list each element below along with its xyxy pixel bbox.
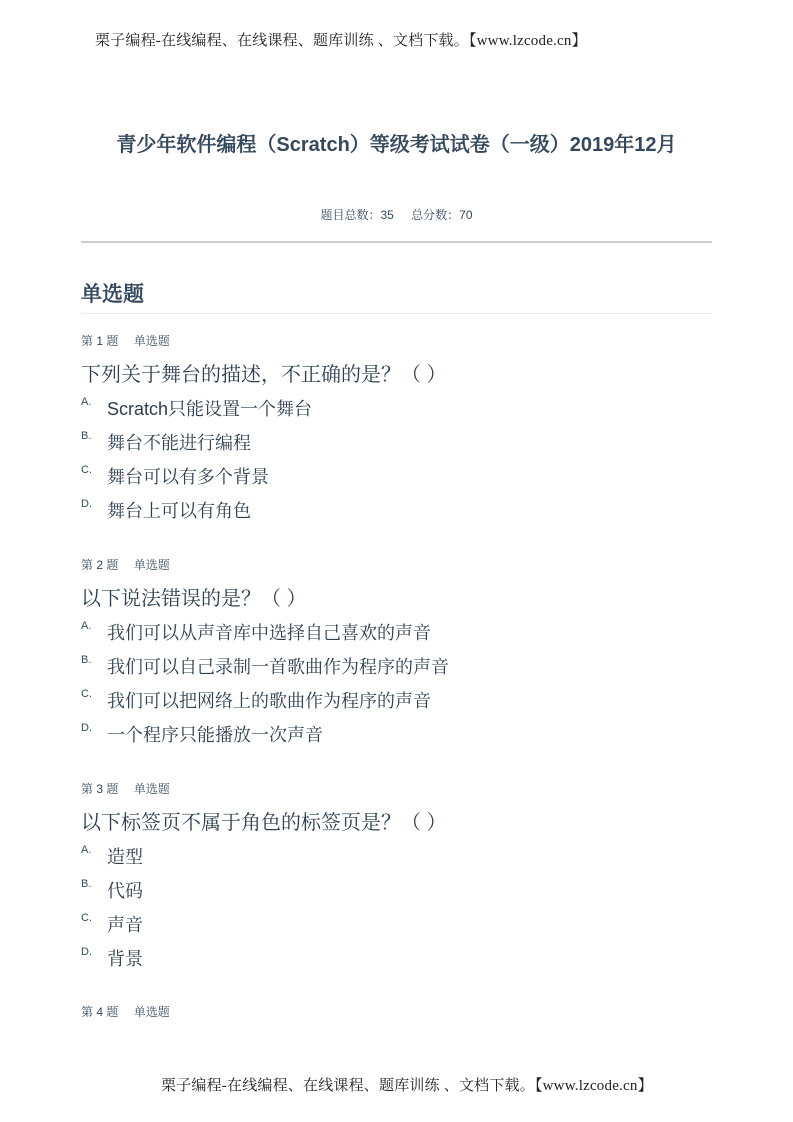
option-text: 舞台可以有多个背景: [107, 467, 269, 487]
option-letter: A.: [81, 396, 107, 408]
option-text: 我们可以把网络上的歌曲作为程序的声音: [107, 691, 431, 711]
option[interactable]: C.我们可以把网络上的歌曲作为程序的声音: [81, 687, 431, 713]
option-letter: A.: [81, 620, 107, 632]
question-number: 第 2 题: [81, 558, 118, 572]
option-letter: B.: [81, 878, 107, 890]
question-label: 第 2 题 单选题: [81, 556, 170, 573]
option-letter: D.: [81, 498, 107, 510]
question-label: 第 4 题 单选题: [81, 1003, 170, 1020]
exam-meta: 题目总数：35 总分数：70: [0, 206, 793, 223]
option[interactable]: A.造型: [81, 843, 143, 869]
option[interactable]: D.背景: [81, 945, 143, 971]
option-text: 声音: [107, 915, 143, 935]
option[interactable]: B.舞台不能进行编程: [81, 429, 251, 455]
option-letter: D.: [81, 722, 107, 734]
question-type: 单选题: [134, 782, 170, 796]
question-number: 第 1 题: [81, 334, 118, 348]
question-label: 第 1 题 单选题: [81, 332, 170, 349]
option-text: 一个程序只能播放一次声音: [107, 725, 323, 745]
option[interactable]: A.Scratch只能设置一个舞台: [81, 395, 312, 421]
question-label: 第 3 题 单选题: [81, 780, 170, 797]
option[interactable]: D.舞台上可以有角色: [81, 497, 251, 523]
option-letter: C.: [81, 688, 107, 700]
question-type: 单选题: [134, 1005, 170, 1019]
option-text: 舞台上可以有角色: [107, 501, 251, 521]
option-text: 舞台不能进行编程: [107, 433, 251, 453]
option-text: Scratch只能设置一个舞台: [107, 399, 312, 419]
section-divider: [81, 313, 712, 314]
option-letter: B.: [81, 654, 107, 666]
option-text: 代码: [107, 881, 143, 901]
option-text: 背景: [107, 949, 143, 969]
section-title: 单选题: [81, 278, 144, 308]
option-letter: A.: [81, 844, 107, 856]
question-text: 以下说法错误的是？（ ）: [81, 582, 307, 611]
total-score: 总分数：70: [411, 208, 472, 222]
watermark-footer: 栗子编程-在线编程、在线课程、题库训练 、文档下载。【www.lzcode.cn…: [161, 1074, 653, 1095]
question-text: 以下标签页不属于角色的标签页是？（ ）: [81, 806, 447, 835]
option-letter: D.: [81, 946, 107, 958]
option[interactable]: A.我们可以从声音库中选择自己喜欢的声音: [81, 619, 431, 645]
page-title: 青少年软件编程（Scratch）等级考试试卷（一级）2019年12月: [0, 128, 793, 157]
option[interactable]: B.代码: [81, 877, 143, 903]
option-text: 我们可以自己录制一首歌曲作为程序的声音: [107, 657, 449, 677]
question-number: 第 4 题: [81, 1005, 118, 1019]
option[interactable]: D.一个程序只能播放一次声音: [81, 721, 323, 747]
option-letter: C.: [81, 464, 107, 476]
question-number: 第 3 题: [81, 782, 118, 796]
question-type: 单选题: [134, 558, 170, 572]
option-text: 造型: [107, 847, 143, 867]
option-text: 我们可以从声音库中选择自己喜欢的声音: [107, 623, 431, 643]
total-questions: 题目总数：35: [320, 208, 393, 222]
option-letter: C.: [81, 912, 107, 924]
option[interactable]: C.舞台可以有多个背景: [81, 463, 269, 489]
option-letter: B.: [81, 430, 107, 442]
question-type: 单选题: [134, 334, 170, 348]
option[interactable]: B.我们可以自己录制一首歌曲作为程序的声音: [81, 653, 449, 679]
watermark-header: 栗子编程-在线编程、在线课程、题库训练 、文档下载。【www.lzcode.cn…: [95, 29, 587, 50]
question-text: 下列关于舞台的描述，不正确的是？（ ）: [81, 358, 447, 387]
option[interactable]: C.声音: [81, 911, 143, 937]
header-divider: [81, 241, 712, 243]
